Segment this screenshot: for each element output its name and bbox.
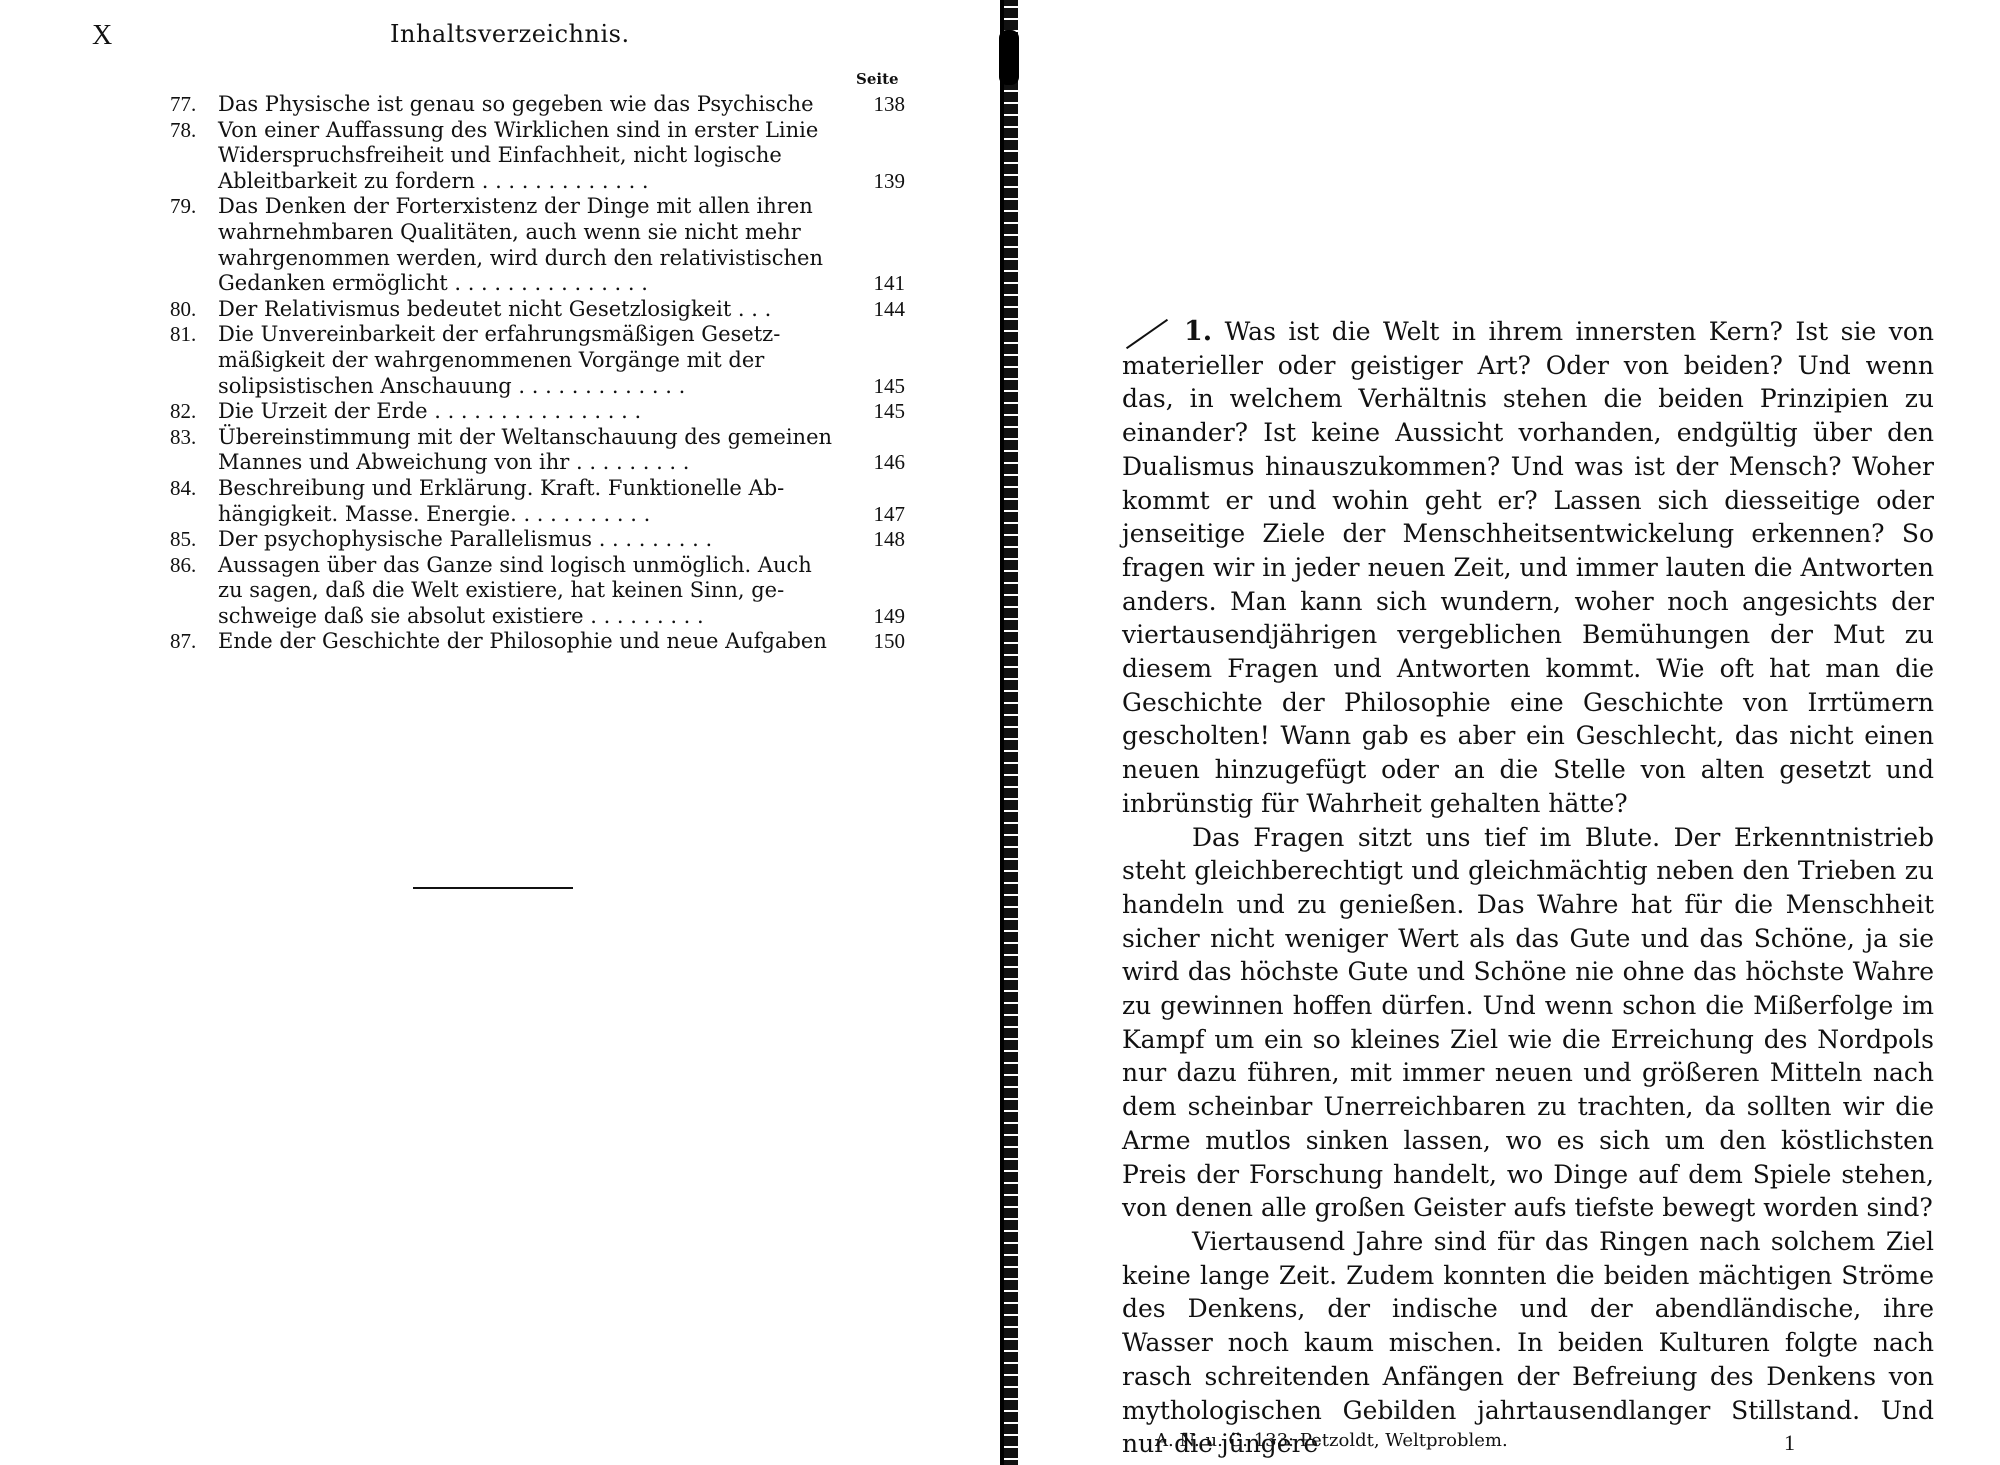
toc-entry-line: Beschreibung und Erklärung. Kraft. Funkt… <box>218 476 835 502</box>
toc-entry-line: hängigkeit. Masse. Energie. . . . . . . … <box>218 502 835 528</box>
toc-entry: 83.Übereinstimmung mit der Weltanschauun… <box>170 425 905 476</box>
paragraph-text: Was ist die Welt in ihrem innersten Kern… <box>1122 317 1934 818</box>
toc-entry-page: 139 <box>835 169 905 195</box>
horizontal-rule <box>413 887 573 889</box>
toc-entry-line: mäßigkeit der wahrgenommenen Vorgänge mi… <box>218 348 835 374</box>
toc-entry: 82.Die Urzeit der Erde . . . . . . . . .… <box>170 399 905 425</box>
toc-entry-number: 77. <box>170 92 218 118</box>
toc-entry-line: wahrgenommen werden, wird durch den rela… <box>218 246 835 272</box>
toc-entry-page: 149 <box>835 604 905 630</box>
toc-entry-number: 79. <box>170 194 218 296</box>
footer-signature: A. N. u. G. 133: Petzoldt, Weltproblem. <box>1155 1430 1508 1456</box>
toc-entry-page: 144 <box>835 297 905 323</box>
page-folio: X <box>92 20 112 52</box>
toc-entry-page: 145 <box>835 374 905 400</box>
toc-entry-page: 150 <box>835 629 905 655</box>
page-footer: A. N. u. G. 133: Petzoldt, Weltproblem. … <box>1155 1430 1795 1456</box>
toc-entry-page: 141 <box>835 271 905 297</box>
toc-entry-line: Aussagen über das Ganze sind logisch unm… <box>218 553 835 579</box>
toc-entry-line: Ende der Geschichte der Philosophie und … <box>218 629 835 655</box>
toc-entry-line: Das Physische ist genau so gegeben wie d… <box>218 92 835 118</box>
toc-entry-page: 145 <box>835 399 905 425</box>
toc-entry: 77.Das Physische ist genau so gegeben wi… <box>170 92 905 118</box>
toc-entry-page: 146 <box>835 450 905 476</box>
toc-entry-number: 80. <box>170 297 218 323</box>
table-of-contents: 77.Das Physische ist genau so gegeben wi… <box>170 92 905 655</box>
running-head: Inhaltsverzeichnis. <box>390 20 630 48</box>
toc-entry-line: Ableitbarkeit zu fordern . . . . . . . .… <box>218 169 835 195</box>
toc-entry-number: 81. <box>170 322 218 399</box>
section-number: 1. <box>1184 316 1212 347</box>
book-spine <box>1000 0 1018 1465</box>
toc-entry: 86.Aussagen über das Ganze sind logisch … <box>170 553 905 630</box>
toc-entry-title: Der Relativismus bedeutet nicht Gesetzlo… <box>218 297 835 323</box>
toc-entry-title: Ende der Geschichte der Philosophie und … <box>218 629 835 655</box>
chapter-body: 1. Was ist die Welt in ihrem innersten K… <box>1122 315 1934 1461</box>
toc-entry-title: Aussagen über das Ganze sind logisch unm… <box>218 553 835 630</box>
toc-entry: 78.Von einer Auffassung des Wirklichen s… <box>170 118 905 195</box>
toc-entry-line: Das Denken der Forterxistenz der Dinge m… <box>218 194 835 220</box>
toc-entry-line: Die Urzeit der Erde . . . . . . . . . . … <box>218 399 835 425</box>
toc-entry-line: Der psychophysische Parallelismus . . . … <box>218 527 835 553</box>
toc-entry-line: Der Relativismus bedeutet nicht Gesetzlo… <box>218 297 835 323</box>
toc-entry-title: Das Physische ist genau so gegeben wie d… <box>218 92 835 118</box>
toc-entry-line: Widerspruchsfreiheit und Einfachheit, ni… <box>218 143 835 169</box>
toc-entry-title: Die Urzeit der Erde . . . . . . . . . . … <box>218 399 835 425</box>
toc-entry-number: 83. <box>170 425 218 476</box>
toc-entry-number: 86. <box>170 553 218 630</box>
toc-entry-number: 84. <box>170 476 218 527</box>
toc-entry: 84.Beschreibung und Erklärung. Kraft. Fu… <box>170 476 905 527</box>
toc-entry-page: 147 <box>835 502 905 528</box>
toc-entry-title: Übereinstimmung mit der Weltanschauung d… <box>218 425 835 476</box>
toc-entry-title: Das Denken der Forterxistenz der Dinge m… <box>218 194 835 296</box>
toc-entry-line: Gedanken ermöglicht . . . . . . . . . . … <box>218 271 835 297</box>
toc-entry-line: zu sagen, daß die Welt existiere, hat ke… <box>218 578 835 604</box>
left-page: X Inhaltsverzeichnis. Seite 77.Das Physi… <box>0 0 990 1465</box>
toc-entry-title: Beschreibung und Erklärung. Kraft. Funkt… <box>218 476 835 527</box>
toc-entry-line: Übereinstimmung mit der Weltanschauung d… <box>218 425 835 451</box>
paragraph-2: Das Fragen sitzt uns tief im Blute. Der … <box>1122 821 1934 1225</box>
toc-entry-page: 148 <box>835 527 905 553</box>
pen-stroke-icon <box>1126 318 1168 348</box>
page-number: 1 <box>1784 1430 1795 1456</box>
toc-entry-number: 82. <box>170 399 218 425</box>
toc-entry-number: 87. <box>170 629 218 655</box>
toc-entry: 87.Ende der Geschichte der Philosophie u… <box>170 629 905 655</box>
toc-entry-title: Die Unvereinbarkeit der erfahrungsmäßige… <box>218 322 835 399</box>
toc-entry: 80.Der Relativismus bedeutet nicht Geset… <box>170 297 905 323</box>
toc-entry: 85.Der psychophysische Parallelismus . .… <box>170 527 905 553</box>
toc-entry-line: schweige daß sie absolut existiere . . .… <box>218 604 835 630</box>
toc-entry-line: Mannes und Abweichung von ihr . . . . . … <box>218 450 835 476</box>
toc-entry: 81.Die Unvereinbarkeit der erfahrungsmäß… <box>170 322 905 399</box>
toc-entry-number: 78. <box>170 118 218 195</box>
page-column-label: Seite <box>856 70 899 88</box>
toc-entry-line: solipsistischen Anschauung . . . . . . .… <box>218 374 835 400</box>
toc-entry-title: Von einer Auffassung des Wirklichen sind… <box>218 118 835 195</box>
spine-damage-mark <box>999 30 1019 85</box>
toc-entry-line: Von einer Auffassung des Wirklichen sind… <box>218 118 835 144</box>
toc-entry-page: 138 <box>835 92 905 118</box>
toc-entry-line: wahrnehmbaren Qualitäten, auch wenn sie … <box>218 220 835 246</box>
toc-entry-title: Der psychophysische Parallelismus . . . … <box>218 527 835 553</box>
toc-entry-line: Die Unvereinbarkeit der erfahrungsmäßige… <box>218 322 835 348</box>
paragraph-1: 1. Was ist die Welt in ihrem innersten K… <box>1122 315 1934 821</box>
toc-entry-number: 85. <box>170 527 218 553</box>
toc-entry: 79.Das Denken der Forterxistenz der Ding… <box>170 194 905 296</box>
paragraph-3: Viertausend Jahre sind für das Ringen na… <box>1122 1225 1934 1461</box>
